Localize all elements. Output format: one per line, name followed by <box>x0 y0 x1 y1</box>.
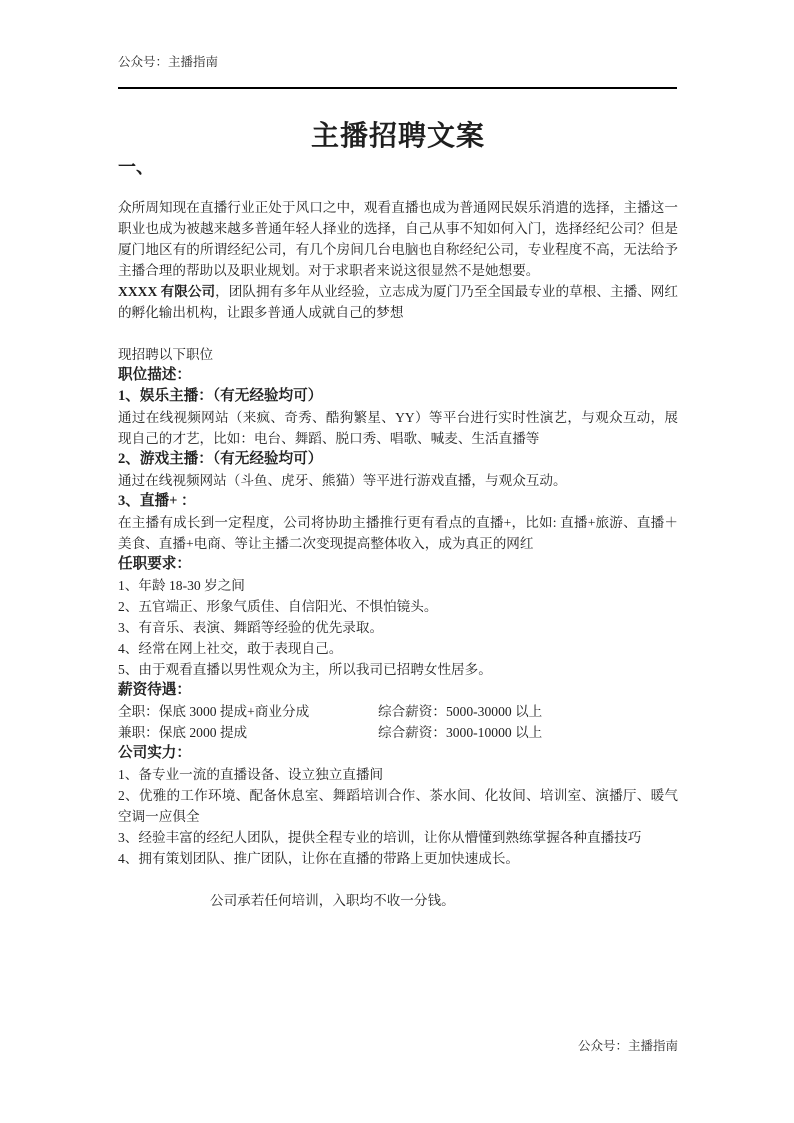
requirement-item: 1、年龄 18-30 岁之间 <box>118 575 678 596</box>
strength-item: 4、拥有策划团队、推广团队，让你在直播的带路上更加快速成长。 <box>118 848 678 869</box>
salary-total: 综合薪资：3000-10000 以上 <box>378 722 542 743</box>
strength-item: 1、备专业一流的直播设备、设立独立直播间 <box>118 764 678 785</box>
section-number: 一、 <box>118 155 154 179</box>
job-desc-heading: 职位描述： <box>118 365 678 386</box>
salary-base: 兼职：保底 2000 提成 <box>118 722 378 743</box>
page-title: 主播招聘文案 <box>118 120 678 154</box>
recruit-line: 现招聘以下职位 <box>118 344 678 365</box>
requirement-item: 5、由于观看直播以男性观众为主，所以我司已招聘女性居多。 <box>118 659 678 680</box>
salary-base: 全职：保底 3000 提成+商业分成 <box>118 701 378 722</box>
company-paragraph: XXXX 有限公司，团队拥有多年从业经验，立志成为厦门乃至全国最专业的草根、主播… <box>118 281 678 323</box>
closing-statement: 公司承若任何培训，入职均不收一分钱。 <box>118 890 678 911</box>
document-page: 公众号：主播指南 主播招聘文案 一、 众所周知现在直播行业正处于风口之中，观看直… <box>0 0 794 1123</box>
job-desc-entertainment: 通过在线视频网站（来疯、奇秀、酷狗繁星、YY）等平台进行实时性演艺，与观众互动，… <box>118 407 678 449</box>
salary-total: 综合薪资：5000-30000 以上 <box>378 701 542 722</box>
job-desc-liveplus: 在主播有成长到一定程度，公司将协助主播推行更有看点的直播+，比如: 直播+旅游、… <box>118 512 678 554</box>
requirement-item: 2、五官端正、形象气质佳、自信阳光、不惧怕镜头。 <box>118 596 678 617</box>
strength-item: 2、优雅的工作环境、配备休息室、舞蹈培训合作、茶水间、化妆间、培训室、演播厅、暖… <box>118 785 678 827</box>
salary-row-parttime: 兼职：保底 2000 提成 综合薪资：3000-10000 以上 <box>118 722 678 743</box>
salary-row-fulltime: 全职：保底 3000 提成+商业分成 综合薪资：5000-30000 以上 <box>118 701 678 722</box>
job-title-entertainment: 1、娱乐主播：（有无经验均可） <box>118 386 678 407</box>
job-title-liveplus: 3、直播+ ： <box>118 491 678 512</box>
recruitment-sections: 现招聘以下职位 职位描述： 1、娱乐主播：（有无经验均可） 通过在线视频网站（来… <box>118 344 678 869</box>
page-header: 公众号：主播指南 <box>118 54 218 70</box>
job-desc-game: 通过在线视频网站（斗鱼、虎牙、熊猫）等平进行游戏直播，与观众互动。 <box>118 470 678 491</box>
requirements-heading: 任职要求： <box>118 554 678 575</box>
intro-paragraph: 众所周知现在直播行业正处于风口之中，观看直播也成为普通网民娱乐消遣的选择，主播这… <box>118 197 678 281</box>
company-name: XXXX 有限公司 <box>118 284 215 299</box>
salary-heading: 薪资待遇： <box>118 680 678 701</box>
strength-item: 3、经验丰富的经纪人团队，提供全程专业的培训，让你从懵懂到熟练掌握各种直播技巧 <box>118 827 678 848</box>
requirement-item: 3、有音乐、表演、舞蹈等经验的优先录取。 <box>118 617 678 638</box>
header-divider <box>118 87 677 89</box>
requirement-item: 4、经常在网上社交，敢于表现自己。 <box>118 638 678 659</box>
page-footer: 公众号：主播指南 <box>118 1038 678 1054</box>
job-title-game: 2、游戏主播：（有无经验均可） <box>118 449 678 470</box>
document-body: 众所周知现在直播行业正处于风口之中，观看直播也成为普通网民娱乐消遣的选择，主播这… <box>118 197 678 911</box>
strength-heading: 公司实力： <box>118 743 678 764</box>
